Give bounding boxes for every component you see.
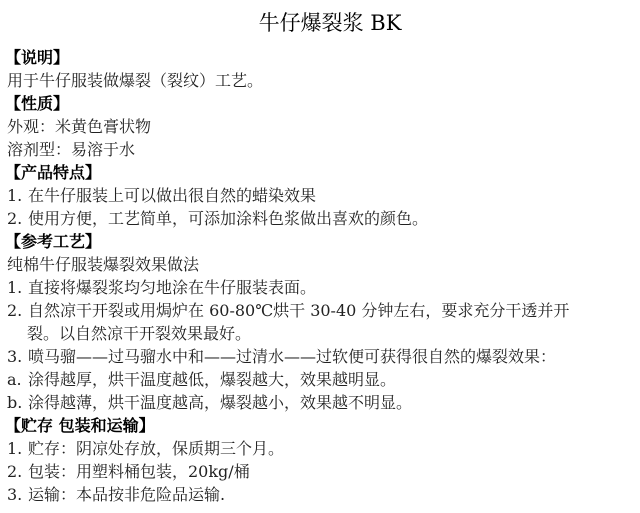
storage-item: 3.运输：本品按非危险品运输. [7, 484, 225, 506]
description-text: 用于牛仔服装做爆裂（裂纹）工艺。 [7, 70, 263, 92]
item-number: 1. [7, 438, 28, 460]
feature-item: 2.使用方便，工艺简单，可添加涂料色浆做出喜欢的颜色。 [7, 208, 428, 230]
process-item: b.涂得越薄，烘干温度越高，爆裂越小，效果越不明显。 [7, 392, 412, 414]
item-number: a. [7, 369, 28, 391]
heading-description: 【说明】 [5, 47, 69, 69]
item-number: 3. [7, 346, 28, 368]
item-text: 直接将爆裂浆均匀地涂在牛仔服装表面。 [28, 278, 316, 297]
item-text: 贮存：阴凉处存放，保质期三个月。 [28, 439, 284, 458]
item-text: 使用方便，工艺简单，可添加涂料色浆做出喜欢的颜色。 [28, 209, 428, 228]
process-item: 3.喷马骝——过马骝水中和——过清水——过软便可获得很自然的爆裂效果： [7, 346, 556, 368]
item-number: 2. [7, 461, 28, 483]
heading-features: 【产品特点】 [5, 162, 101, 184]
heading-storage: 【贮存 包装和运输】 [5, 415, 155, 437]
property-solvent: 溶剂型：易溶于水 [7, 139, 135, 161]
property-appearance: 外观：米黄色膏状物 [7, 116, 151, 138]
item-text: 涂得越厚，烘干温度越低，爆裂越大，效果越明显。 [28, 370, 396, 389]
document-title: 牛仔爆裂浆 BK [0, 9, 640, 37]
process-item: a.涂得越厚，烘干温度越低，爆裂越大，效果越明显。 [7, 369, 396, 391]
item-text: 自然凉干开裂或用焗炉在 60-80℃烘干 30-40 分钟左右，要求充分干透并开 [28, 301, 569, 320]
process-item: 1.直接将爆裂浆均匀地涂在牛仔服装表面。 [7, 277, 316, 299]
heading-process: 【参考工艺】 [5, 231, 101, 253]
item-text: 涂得越薄，烘干温度越高，爆裂越小，效果越不明显。 [28, 393, 412, 412]
item-number: 2. [7, 300, 28, 322]
heading-properties: 【性质】 [5, 93, 69, 115]
item-number: 2. [7, 208, 28, 230]
item-text: 包装：用塑料桶包装，20kg/桶 [28, 462, 250, 481]
storage-item: 2.包装：用塑料桶包装，20kg/桶 [7, 461, 250, 483]
process-intro: 纯棉牛仔服装爆裂效果做法 [7, 254, 199, 276]
item-text: 喷马骝——过马骝水中和——过清水——过软便可获得很自然的爆裂效果： [28, 347, 556, 366]
storage-item: 1.贮存：阴凉处存放，保质期三个月。 [7, 438, 284, 460]
item-number: b. [7, 392, 28, 414]
feature-item: 1.在牛仔服装上可以做出很自然的蜡染效果 [7, 185, 316, 207]
item-text: 在牛仔服装上可以做出很自然的蜡染效果 [28, 186, 316, 205]
item-number: 1. [7, 185, 28, 207]
process-item: 2.自然凉干开裂或用焗炉在 60-80℃烘干 30-40 分钟左右，要求充分干透… [7, 300, 569, 322]
item-text: 运输：本品按非危险品运输. [28, 485, 225, 504]
item-number: 3. [7, 484, 28, 506]
process-item-continuation: 裂。以自然凉干开裂效果最好。 [27, 323, 251, 345]
item-number: 1. [7, 277, 28, 299]
